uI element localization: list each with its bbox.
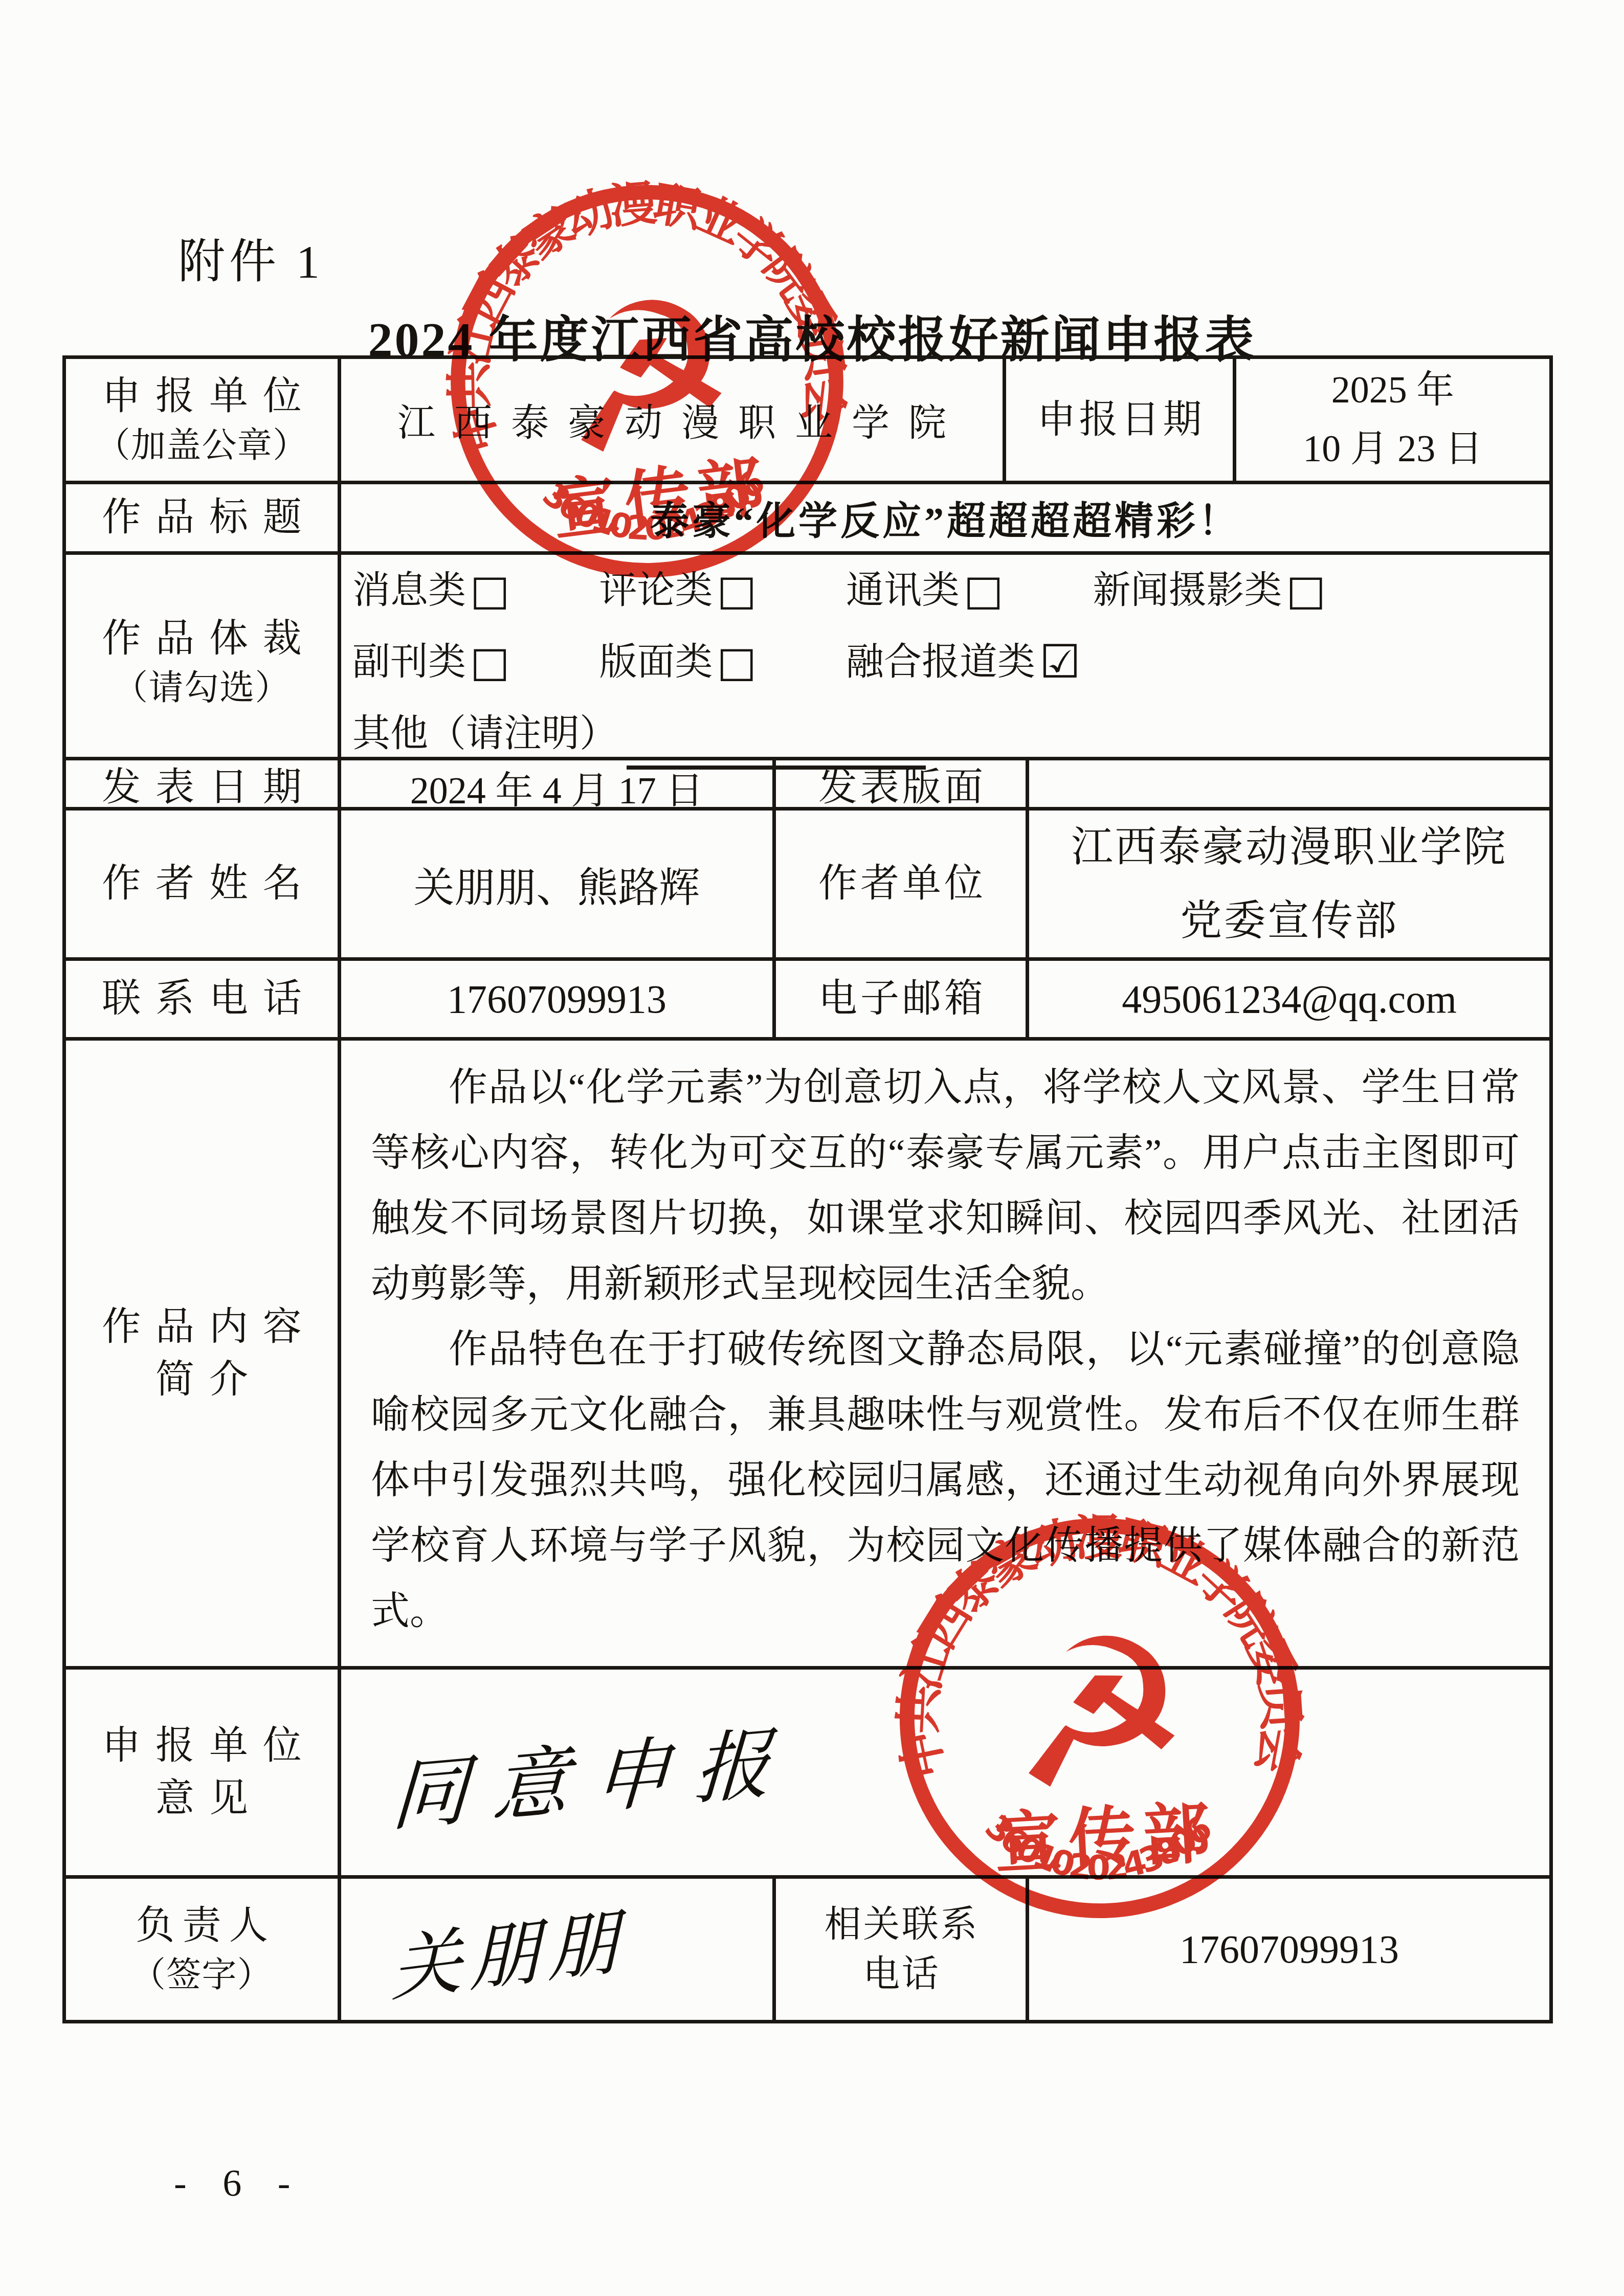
summary-label: 作品内容 简介 bbox=[66, 1041, 341, 1666]
phone-label: 联系电话 bbox=[66, 961, 341, 1037]
summary-label-line1: 作品内容 bbox=[87, 1301, 316, 1354]
genre-options: 消息类□ 评论类□ 通讯类□ 新闻摄影类□ 副刊类□ 版面类□ 融合报道类☑ 其… bbox=[341, 555, 1549, 770]
opinion-signature-handwriting: 同意申报 bbox=[389, 1699, 798, 1846]
row-contacts: 联系电话 17607099913 电子邮箱 495061234@qq.com bbox=[66, 961, 1549, 1041]
opinion-content: 同意申报 bbox=[341, 1670, 1549, 1875]
responsible-label-line2: （签字） bbox=[131, 1952, 273, 1999]
genre-options-line2: 副刊类□ 版面类□ 融合报道类☑ bbox=[352, 626, 1081, 698]
genre-option-layout: 版面类□ bbox=[599, 626, 756, 698]
responsible-signature-handwriting: 关朋朋 bbox=[390, 1883, 626, 2015]
contact-label: 相关联系 电话 bbox=[776, 1879, 1029, 2020]
author-unit-line2: 党委宣传部 bbox=[1180, 884, 1398, 958]
genre-option-supplement: 副刊类□ bbox=[352, 626, 509, 698]
genre-option-fusion-report: 融合报道类☑ bbox=[846, 626, 1081, 698]
apply-date-year: 2025 年 bbox=[1331, 361, 1455, 420]
genre-option-photography: 新闻摄影类□ bbox=[1093, 555, 1325, 626]
genre-options-line1: 消息类□ 评论类□ 通讯类□ 新闻摄影类□ bbox=[352, 555, 1326, 626]
checkbox-icon: □ bbox=[717, 555, 756, 626]
genre-option-comment: 评论类□ bbox=[599, 555, 756, 626]
page-number: - 6 - bbox=[174, 2162, 303, 2205]
genre-option-news: 消息类□ bbox=[352, 555, 509, 626]
row-unit-opinion: 申报单位 意见 同意申报 bbox=[66, 1670, 1549, 1879]
genre-label-line2: （请勾选） bbox=[113, 665, 291, 712]
checkbox-icon: □ bbox=[964, 555, 1003, 626]
author-name-value: 关朋朋、熊路辉 bbox=[341, 811, 776, 957]
application-form-table: 申报单位 （加盖公章） 江西泰豪动漫职业学院 申报日期 2025 年 10 月 … bbox=[62, 355, 1553, 2023]
genre-option-communication: 通讯类□ bbox=[846, 555, 1003, 626]
checkbox-checked-icon: ☑ bbox=[1039, 626, 1081, 698]
work-title-label: 作品标题 bbox=[66, 484, 341, 551]
checkbox-icon: □ bbox=[1286, 555, 1325, 626]
opinion-label-line1: 申报单位 bbox=[87, 1720, 316, 1772]
publish-page-value bbox=[1029, 760, 1549, 815]
publish-date-label: 发表日期 bbox=[66, 760, 341, 815]
publish-page-label: 发表版面 bbox=[776, 760, 1029, 815]
contact-label-line2: 电话 bbox=[861, 1949, 941, 1999]
row-genre: 作品体裁 （请勾选） 消息类□ 评论类□ 通讯类□ 新闻摄影类□ 副刊类□ 版面… bbox=[66, 555, 1549, 760]
scanned-application-form-page: 附件 1 2024 年度江西省高校校报好新闻申报表 申报单位 （加盖公章） 江西… bbox=[0, 0, 1624, 2296]
author-unit-label: 作者单位 bbox=[776, 811, 1029, 957]
email-value: 495061234@qq.com bbox=[1029, 961, 1549, 1037]
summary-paragraph-2: 作品特色在于打破传统图文静态局限，以“元素碰撞”的创意隐喻校园多元文化融合，兼具… bbox=[371, 1317, 1520, 1644]
genre-label-line1: 作品体裁 bbox=[87, 613, 316, 665]
opinion-label: 申报单位 意见 bbox=[66, 1670, 341, 1875]
apply-date-value: 2025 年 10 月 23 日 bbox=[1236, 359, 1549, 481]
row-responsible: 负责人 （签字） 关朋朋 相关联系 电话 17607099913 bbox=[66, 1879, 1549, 2020]
responsible-signature-cell: 关朋朋 bbox=[341, 1879, 776, 2020]
row-author: 作者姓名 关朋朋、熊路辉 作者单位 江西泰豪动漫职业学院 党委宣传部 bbox=[66, 811, 1549, 961]
genre-other-label: 其他（请注明） bbox=[352, 698, 617, 770]
opinion-label-line2: 意见 bbox=[141, 1772, 263, 1825]
contact-phone-value: 17607099913 bbox=[1029, 1879, 1549, 2020]
author-name-label: 作者姓名 bbox=[66, 811, 341, 957]
attachment-label: 附件 1 bbox=[178, 224, 324, 291]
apply-date-label: 申报日期 bbox=[1006, 359, 1236, 481]
genre-other-line: 其他（请注明） bbox=[352, 698, 926, 770]
row-applicant-unit: 申报单位 （加盖公章） 江西泰豪动漫职业学院 申报日期 2025 年 10 月 … bbox=[66, 359, 1549, 484]
row-work-title: 作品标题 泰豪“化学反应”超超超超精彩！ bbox=[66, 484, 1549, 555]
email-label: 电子邮箱 bbox=[776, 961, 1029, 1037]
applicant-unit-label-line2: （加盖公章） bbox=[95, 422, 308, 469]
checkbox-icon: □ bbox=[470, 555, 509, 626]
applicant-unit-label: 申报单位 （加盖公章） bbox=[66, 359, 341, 481]
applicant-unit-label-line1: 申报单位 bbox=[87, 370, 316, 423]
genre-label: 作品体裁 （请勾选） bbox=[66, 555, 341, 770]
contact-label-line1: 相关联系 bbox=[822, 1900, 979, 1949]
apply-date-monthday: 10 月 23 日 bbox=[1303, 420, 1483, 479]
publish-date-value: 2024 年 4 月 17 日 bbox=[341, 760, 776, 815]
responsible-label: 负责人 （签字） bbox=[66, 1879, 341, 2020]
work-title-value: 泰豪“化学反应”超超超超精彩！ bbox=[341, 484, 1549, 551]
summary-paragraph-1: 作品以“化学元素”为创意切入点，将学校人文风景、学生日常等核心内容，转化为可交互… bbox=[371, 1055, 1520, 1317]
checkbox-icon: □ bbox=[470, 626, 509, 698]
responsible-label-line1: 负责人 bbox=[128, 1900, 276, 1952]
summary-label-line2: 简介 bbox=[141, 1354, 263, 1406]
checkbox-icon: □ bbox=[717, 626, 756, 698]
summary-text: 作品以“化学元素”为创意切入点，将学校人文风景、学生日常等核心内容，转化为可交互… bbox=[341, 1041, 1549, 1666]
row-publish-date: 发表日期 2024 年 4 月 17 日 发表版面 bbox=[66, 760, 1549, 811]
author-unit-value: 江西泰豪动漫职业学院 党委宣传部 bbox=[1029, 811, 1549, 957]
row-summary: 作品内容 简介 作品以“化学元素”为创意切入点，将学校人文风景、学生日常等核心内… bbox=[66, 1041, 1549, 1670]
author-unit-line1: 江西泰豪动漫职业学院 bbox=[1071, 811, 1507, 884]
applicant-unit-value: 江西泰豪动漫职业学院 bbox=[341, 359, 1006, 481]
phone-value: 17607099913 bbox=[341, 961, 776, 1037]
